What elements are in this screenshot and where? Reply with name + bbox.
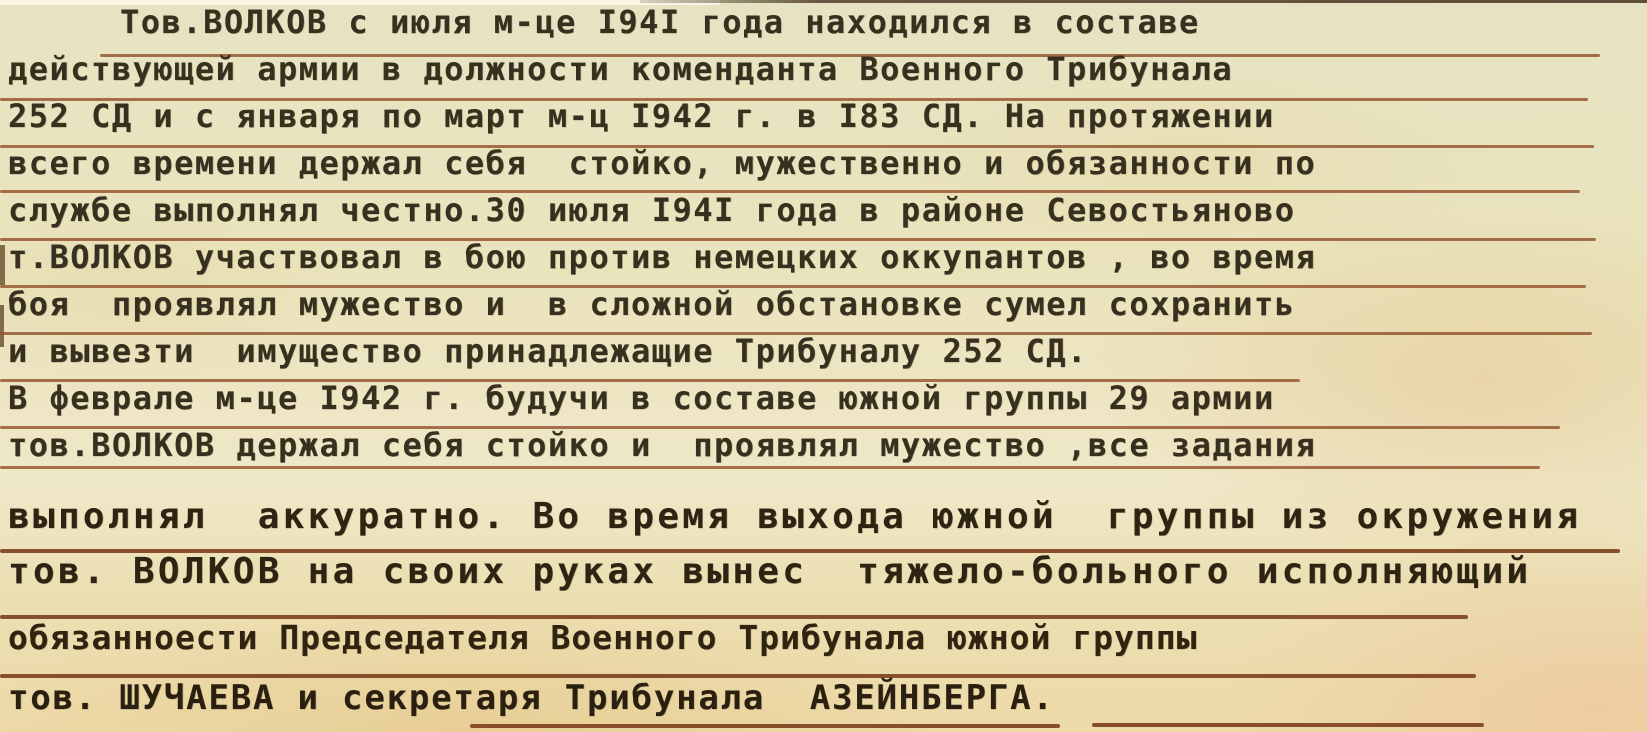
text-line-10: тов.ВОЛКОВ держал себя стойко и проявлял… xyxy=(8,429,1316,461)
left-edge-mark xyxy=(0,245,5,285)
left-edge-mark xyxy=(0,305,4,347)
text-line-9: В феврале м-це I942 г. будучи в составе … xyxy=(8,382,1275,414)
text-line-2: действующей армии в должности коменданта… xyxy=(8,53,1233,85)
text-line-1: Тов.ВОЛКОВ с июля м-це I94I года находил… xyxy=(120,6,1200,38)
text-line-13: обязанноести Председателя Военного Трибу… xyxy=(8,621,1197,654)
text-line-8: и вывезти имущество принадлежащие Трибун… xyxy=(8,335,1088,367)
text-line-7: боя проявлял мужество и в сложной обстан… xyxy=(8,288,1295,320)
text-line-4: всего времени держал себя стойко, мужест… xyxy=(8,147,1316,179)
ruled-line xyxy=(470,724,1060,728)
text-line-3: 252 СД и с января по март м-ц I942 г. в … xyxy=(8,100,1275,132)
ruled-line xyxy=(1092,723,1484,727)
scanned-document-page: Тов.ВОЛКОВ с июля м-це I94I года находил… xyxy=(0,0,1647,732)
text-line-6: т.ВОЛКОВ участвовал в бою против немецки… xyxy=(8,241,1316,273)
text-line-12: тов. ВОЛКОВ на своих руках вынес тяжело-… xyxy=(8,554,1531,590)
text-line-11: выполнял аккуратно. Во время выхода южно… xyxy=(8,499,1581,535)
ruled-line xyxy=(0,466,1540,469)
text-line-5: службе выполнял честно.30 июля I94I года… xyxy=(8,194,1295,226)
text-line-14: тов. ШУЧАЕВА и секретаря Трибунала АЗЕЙН… xyxy=(8,681,1055,715)
